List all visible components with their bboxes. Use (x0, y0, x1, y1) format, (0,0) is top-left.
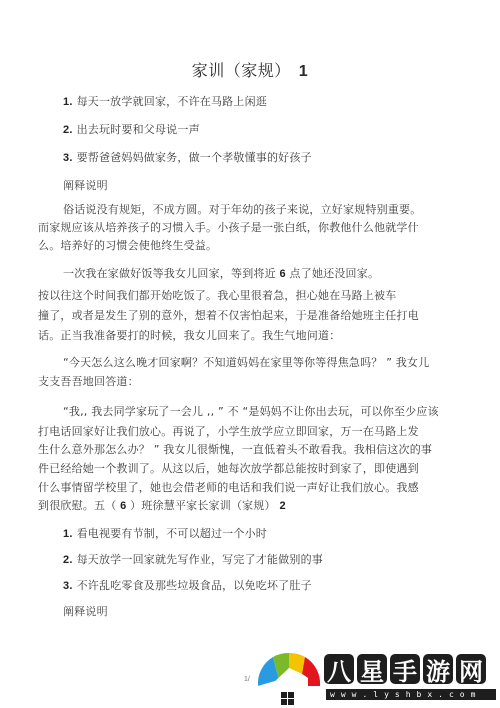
rule-item: 3.要帮爸爸妈妈做家务，做一个孝敬懂事的好孩子 (63, 151, 312, 165)
paragraph-line: 撞了，或者是发生了别的意外，想着不仅害怕起来，于是准备给她班主任打电 (38, 309, 419, 323)
paragraph-line: 件已经给她一个教训了。从这以后，她每次放学都总能按时到家了，即使遇到 (38, 462, 419, 476)
paragraph-line: 按以往这个时间我们都开始吃饭了。我心里很着急，担心她在马路上被车 (38, 289, 396, 303)
rule-item: 1.看电视要有节制，不可以超过一个小时 (63, 527, 267, 541)
section-heading: 阐释说明 (63, 605, 108, 619)
paragraph-line: 打电话回家好让我们放心。再说了，小学生放学应立即回家，万一在马路上发 (38, 425, 419, 439)
rule-item: 1.每天一放学就回家，不许在马路上闲逛 (63, 95, 267, 109)
brand-name: 八 星 手 游 网 (324, 654, 486, 684)
rule-item: 2.出去玩时要和父母说一声 (63, 123, 200, 137)
document-page: 家训（家规）1 1.每天一放学就回家，不许在马路上闲逛 2.出去玩时要和父母说一… (0, 0, 500, 708)
paragraph-line: 一次我在家做好饭等我女儿回家，等到将近 6 点了她还没回家。 (63, 267, 379, 281)
paragraph-line: 什么事情留学校里了，她也会借老师的电话和我们说一声好让我们放心。我感 (38, 481, 419, 495)
brand-url: www.lyshbx.com (326, 689, 496, 700)
paragraph-line: 生什么意外那怎么办？ ” 我女儿很惭愧，一直低着头不敢看我。我相信这次的事 (38, 443, 432, 457)
paragraph-line: 俗话说没有规矩，不成方圆。对于年幼的孩子来说，立好家规特别重要。 (63, 203, 421, 217)
paragraph-line: “今天怎么这么晚才回家啊？不知道妈妈在家里等你等得焦急吗？ ” 我女儿 (63, 356, 429, 370)
site-watermark: 八 星 手 游 网 www.lyshbx.com (242, 644, 500, 708)
paragraph-line: 么。培养好的习惯会使他终生受益。 (38, 239, 217, 253)
paragraph-line: 到很欣慰。五（ 6 ）班徐慧平家长家训（家规） 2 (38, 499, 286, 513)
paragraph-line: 话。正当我准备要打的时候，我女儿回来了。我生气地问道： (38, 329, 340, 343)
rule-item: 3.不许乱吃零食及那些垃圾食品，以免吃坏了肚子 (63, 579, 312, 593)
rule-item: 2.每天放学一回家就先写作业，写完了才能做别的事 (63, 553, 323, 567)
title-text: 家训（家规） (192, 61, 291, 80)
paragraph-line: 支支吾吾地回答道： (38, 375, 139, 389)
house-logo-icon (254, 644, 324, 708)
paragraph-line: “我,, 我去同学家玩了一会儿 ,, ” 不 “是妈妈不让你出去玩，可以你至少应… (63, 405, 439, 419)
paragraph-line: 而家规应该从培养孩子的习惯入手。小孩子是一张白纸，你教他什么他就学什 (38, 221, 419, 235)
section-heading: 阐释说明 (63, 179, 108, 193)
title-number: 1 (299, 63, 308, 80)
document-title: 家训（家规）1 (0, 58, 500, 81)
